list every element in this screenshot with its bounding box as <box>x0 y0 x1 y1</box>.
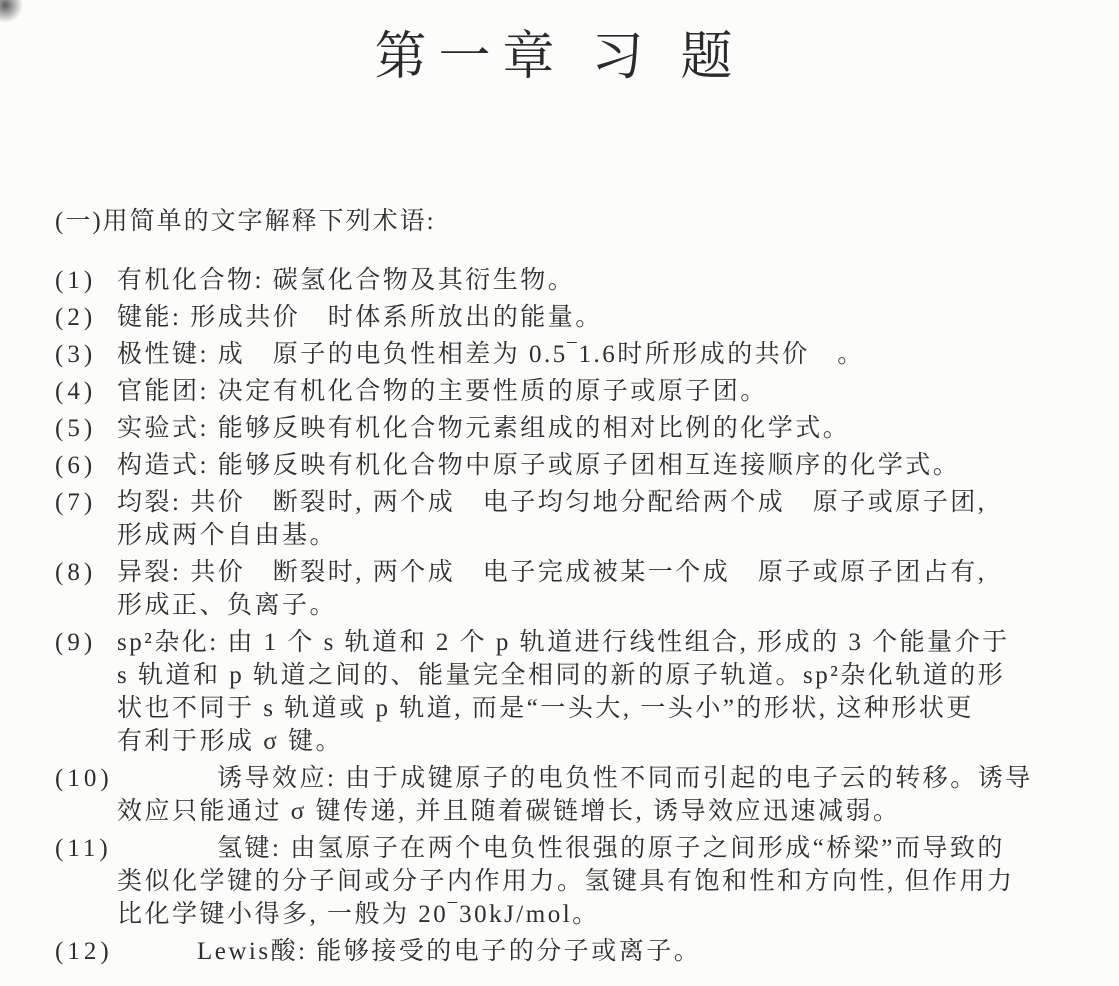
list-item-4: (4) 官能团: 决定有机化合物的主要性质的原子或原子团。 <box>55 375 1071 408</box>
scanned-document-page: 第一章 习 题 (一)用简单的文字解释下列术语: (1) 有机化合物: 碳氢化合… <box>0 0 1119 986</box>
item-line: 诱导效应: 由于成键原子的电负性不同而引起的电子云的转移。诱导 <box>117 762 1071 795</box>
item-number: (4) <box>55 375 96 408</box>
item-line: Lewis酸: 能够接受的电子的分子或离子。 <box>117 935 1071 968</box>
item-number: (6) <box>55 449 96 482</box>
list-item-6: (6) 构造式: 能够反映有机化合物中原子或原子团相互连接顺序的化学式。 <box>55 449 1071 482</box>
item-number: (5) <box>55 412 96 445</box>
item-line: 键能: 形成共价 时体系所放出的能量。 <box>117 301 1071 334</box>
item-line: 形成正、负离子。 <box>117 589 1071 622</box>
list-item-10: (10) 诱导效应: 由于成键原子的电负性不同而引起的电子云的转移。诱导 效应只… <box>55 762 1071 828</box>
item-number: (2) <box>55 301 96 334</box>
item-number: (12) <box>55 935 113 968</box>
item-number: (10) <box>55 762 113 795</box>
list-item-11: (11) 氢键: 由氢原子在两个电负性很强的原子之间形成“桥梁”而导致的 类似化… <box>55 832 1071 931</box>
term-list: (1) 有机化合物: 碳氢化合物及其衍生物。 (2) 键能: 形成共价 时体系所… <box>55 264 1071 968</box>
item-number: (7) <box>55 486 96 519</box>
list-item-3: (3) 极性键: 成 原子的电负性相差为 0.5‾1.6时所形成的共价 。 <box>55 338 1071 371</box>
item-number: (11) <box>55 832 112 865</box>
item-line: 状也不同于 s 轨道或 p 轨道, 而是“一头大, 一头小”的形状, 这种形状更 <box>117 692 1071 725</box>
item-number: (3) <box>55 338 96 371</box>
item-line: s 轨道和 p 轨道之间的、能量完全相同的新的原子轨道。sp²杂化轨道的形 <box>117 659 1071 692</box>
item-line: 氢键: 由氢原子在两个电负性很强的原子之间形成“桥梁”而导致的 <box>117 832 1071 865</box>
item-line: 有机化合物: 碳氢化合物及其衍生物。 <box>117 264 1071 297</box>
list-item-2: (2) 键能: 形成共价 时体系所放出的能量。 <box>55 301 1071 334</box>
list-item-12: (12) Lewis酸: 能够接受的电子的分子或离子。 <box>55 935 1071 968</box>
item-line: 实验式: 能够反映有机化合物元素组成的相对比例的化学式。 <box>117 412 1071 445</box>
item-number: (9) <box>55 626 96 659</box>
list-item-9: (9) sp²杂化: 由 1 个 s 轨道和 2 个 p 轨道进行线性组合, 形… <box>55 626 1071 758</box>
item-line: 效应只能通过 σ 键传递, 并且随着碳链增长, 诱导效应迅速减弱。 <box>117 795 1071 828</box>
page-title: 第一章 习 题 <box>0 0 1119 90</box>
item-line: 官能团: 决定有机化合物的主要性质的原子或原子团。 <box>117 375 1071 408</box>
list-item-1: (1) 有机化合物: 碳氢化合物及其衍生物。 <box>55 264 1071 297</box>
list-item-5: (5) 实验式: 能够反映有机化合物元素组成的相对比例的化学式。 <box>55 412 1071 445</box>
item-line: 构造式: 能够反映有机化合物中原子或原子团相互连接顺序的化学式。 <box>117 449 1071 482</box>
list-item-7: (7) 均裂: 共价 断裂时, 两个成 电子均匀地分配给两个成 原子或原子团, … <box>55 486 1071 552</box>
item-number: (8) <box>55 556 96 589</box>
item-line: 有利于形成 σ 键。 <box>117 725 1071 758</box>
item-line: 极性键: 成 原子的电负性相差为 0.5‾1.6时所形成的共价 。 <box>117 338 1071 371</box>
section-heading: (一)用简单的文字解释下列术语: <box>55 205 1119 238</box>
item-line: 异裂: 共价 断裂时, 两个成 电子完成被某一个成 原子或原子团占有, <box>117 556 1071 589</box>
item-line: 均裂: 共价 断裂时, 两个成 电子均匀地分配给两个成 原子或原子团, <box>117 486 1071 519</box>
item-line: 形成两个自由基。 <box>117 519 1071 552</box>
item-line: 类似化学键的分子间或分子内作用力。氢键具有饱和性和方向性, 但作用力 <box>117 865 1071 898</box>
item-number: (1) <box>55 264 96 297</box>
item-line: 比化学键小得多, 一般为 20‾30kJ/mol。 <box>117 898 1071 931</box>
list-item-8: (8) 异裂: 共价 断裂时, 两个成 电子完成被某一个成 原子或原子团占有, … <box>55 556 1071 622</box>
item-line: sp²杂化: 由 1 个 s 轨道和 2 个 p 轨道进行线性组合, 形成的 3… <box>117 626 1071 659</box>
